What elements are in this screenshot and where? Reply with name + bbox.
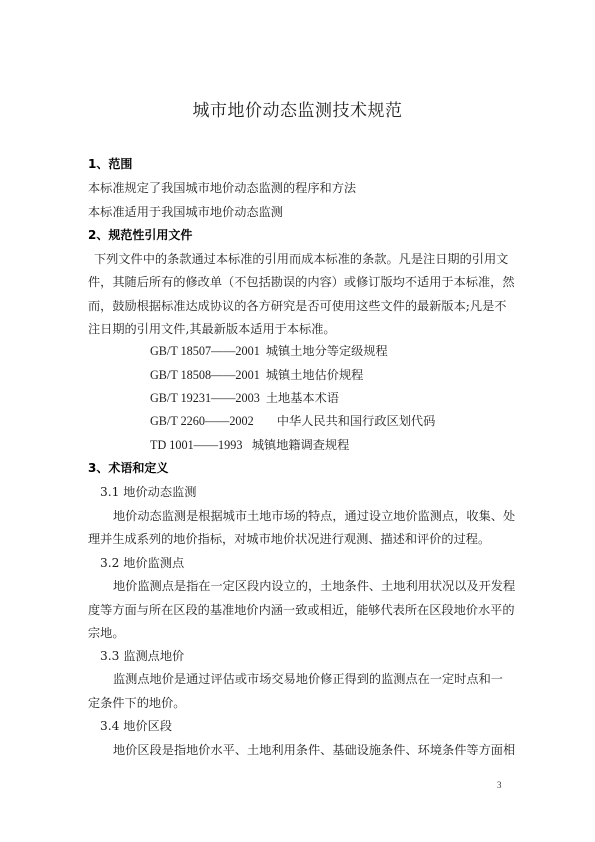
subsection-heading: 3.3 监测点地价 bbox=[100, 648, 184, 664]
reference-code: TD 1001——1993 bbox=[150, 437, 248, 453]
document-title: 城市地价动态监测技术规范 bbox=[0, 96, 595, 121]
reference-item: GB/T 19231——2003 土地基本术语 bbox=[150, 390, 339, 406]
subsection-heading: 3.2 地价监测点 bbox=[100, 555, 184, 571]
reference-code: GB/T 18508——2001 bbox=[150, 367, 262, 383]
paragraph-line: 地价区段是指地价水平、土地利用条件、基础设施条件、环境条件等方面相 bbox=[113, 742, 515, 758]
reference-name: 城镇地籍调查规程 bbox=[252, 437, 350, 453]
reference-item: TD 1001——1993 城镇地籍调查规程 bbox=[150, 437, 349, 453]
paragraph-line: 理并生成系列的地价指标，对城市地价状况进行观测、描述和评价的过程。 bbox=[88, 531, 490, 547]
reference-item: GB/T 18508——2001 城镇土地估价规程 bbox=[150, 367, 363, 383]
paragraph-line: 注日期的引用文件,其最新版本适用于本标准。 bbox=[88, 321, 336, 337]
reference-name: 城镇土地分等定级规程 bbox=[266, 343, 388, 359]
paragraph-line: 定条件下的地价。 bbox=[88, 695, 186, 711]
section-heading-scope: 1、范围 bbox=[88, 156, 132, 172]
paragraph-line: 本标准适用于我国城市地价动态监测 bbox=[88, 204, 283, 220]
paragraph-line: 件，其随后所有的修改单（不包括勘误的内容）或修订版均不适用于本标准，然 bbox=[88, 274, 515, 290]
reference-code: GB/T 18507——2001 bbox=[150, 343, 262, 359]
page-number: 3 bbox=[497, 780, 502, 790]
reference-code: GB/T 2260——2002 bbox=[150, 413, 273, 429]
section-heading-terms-definitions: 3、术语和定义 bbox=[88, 460, 168, 476]
paragraph-line: 地价动态监测是根据城市土地市场的特点，通过设立地价监测点，收集、处 bbox=[113, 508, 515, 524]
paragraph-line: 监测点地价是通过评估或市场交易地价修正得到的监测点在一定时点和一 bbox=[113, 671, 503, 687]
paragraph-line: 本标准规定了我国城市地价动态监测的程序和方法 bbox=[88, 180, 356, 196]
document-page: 城市地价动态监测技术规范 1、范围 本标准规定了我国城市地价动态监测的程序和方法… bbox=[0, 0, 595, 842]
paragraph-line: 而，鼓励根据标准达成协议的各方研究是否可使用这些文件的最新版本;凡是不 bbox=[88, 298, 506, 314]
paragraph-line: 度等方面与所在区段的基准地价内涵一致或相近，能够代表所在区段地价水平的 bbox=[88, 602, 515, 618]
reference-name: 中华人民共和国行政区划代码 bbox=[277, 413, 435, 429]
paragraph-line: 宗地。 bbox=[88, 625, 125, 641]
paragraph-line: 地价监测点是指在一定区段内设立的，土地条件、土地利用状况以及开发程 bbox=[113, 578, 515, 594]
reference-item: GB/T 2260——2002 中华人民共和国行政区划代码 bbox=[150, 413, 435, 429]
reference-item: GB/T 18507——2001 城镇土地分等定级规程 bbox=[150, 343, 388, 359]
reference-code: GB/T 19231——2003 bbox=[150, 390, 262, 406]
reference-name: 土地基本术语 bbox=[266, 390, 339, 406]
paragraph-line: 下列文件中的条款通过本标准的引用而成本标准的条款。凡是注日期的引用文 bbox=[94, 251, 508, 267]
subsection-heading: 3.4 地价区段 bbox=[100, 718, 172, 734]
section-heading-normative-references: 2、规范性引用文件 bbox=[88, 227, 192, 243]
subsection-heading: 3.1 地价动态监测 bbox=[100, 484, 196, 500]
reference-name: 城镇土地估价规程 bbox=[266, 367, 364, 383]
